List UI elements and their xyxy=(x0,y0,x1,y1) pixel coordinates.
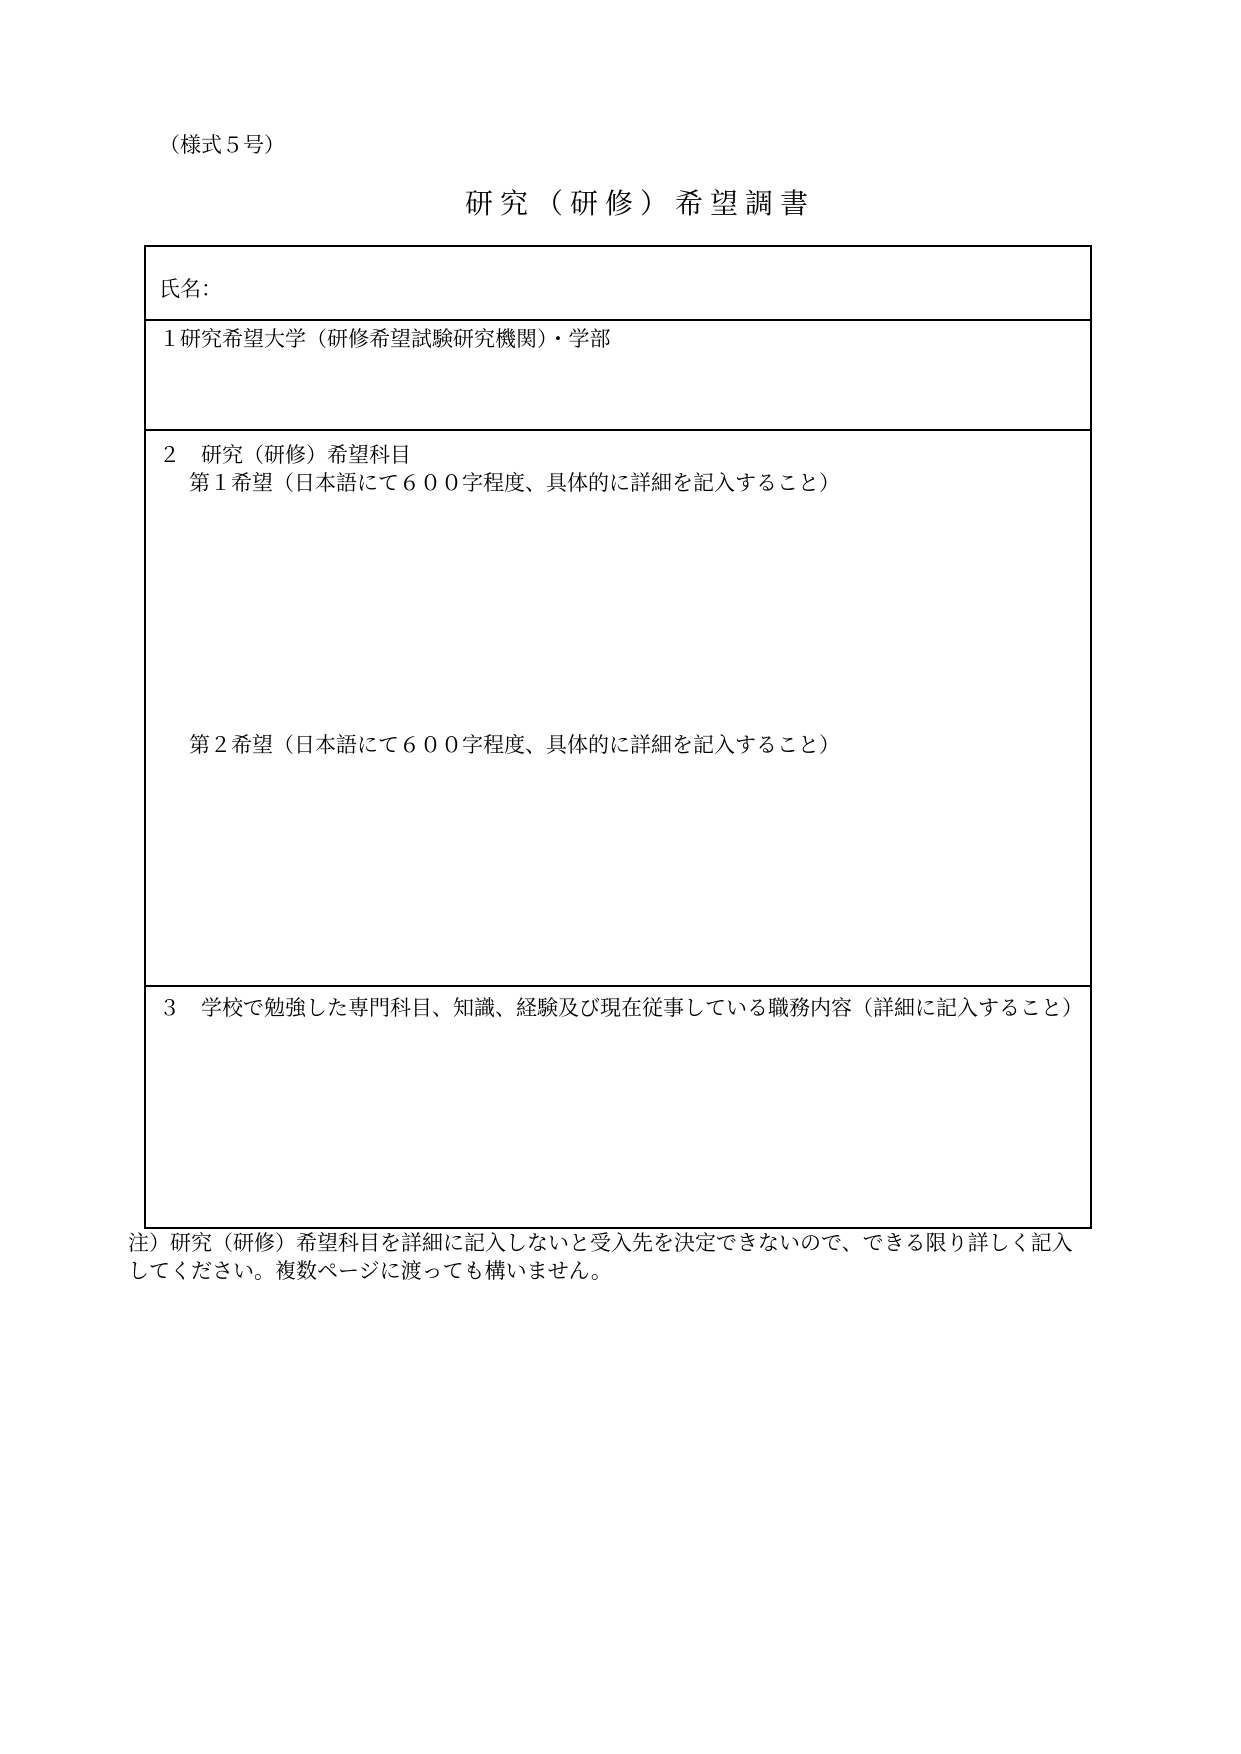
section1-row: １研究希望大学（研修希望試験研究機関）・学部 xyxy=(146,321,1090,431)
page-title: 研究（研修）希望調書 xyxy=(144,186,1136,222)
section2-heading: ２ 研究（研修）希望科目 xyxy=(159,441,1076,469)
form-table: 氏名： １研究希望大学（研修希望試験研究機関）・学部 ２ 研究（研修）希望科目 … xyxy=(144,245,1092,1229)
name-row: 氏名： xyxy=(146,247,1090,321)
footnote: 注）研究（研修）希望科目を詳細に記入しないと受入先を決定できないので、できる限り… xyxy=(128,1229,1073,1285)
form-number-label: （様式５号） xyxy=(159,132,285,159)
footnote-line1: 注）研究（研修）希望科目を詳細に記入しないと受入先を決定できないので、できる限り… xyxy=(128,1229,1073,1257)
first-choice-label: 第１希望（日本語にて６００字程度、具体的に詳細を記入すること） xyxy=(159,469,1076,497)
section3-heading: ３ 学校で勉強した専門科目、知識、経験及び現在従事している職務内容（詳細に記入す… xyxy=(159,995,1076,1022)
name-label: 氏名： xyxy=(159,277,222,301)
document-page: （様式５号） 研究（研修）希望調書 氏名： １研究希望大学（研修希望試験研究機関… xyxy=(0,0,1241,1754)
second-choice-label: 第２希望（日本語にて６００字程度、具体的に詳細を記入すること） xyxy=(189,731,840,759)
section3-row: ３ 学校で勉強した専門科目、知識、経験及び現在従事している職務内容（詳細に記入す… xyxy=(146,987,1090,1227)
section1-heading: １研究希望大学（研修希望試験研究機関）・学部 xyxy=(159,326,1076,353)
section2-row: ２ 研究（研修）希望科目 第１希望（日本語にて６００字程度、具体的に詳細を記入す… xyxy=(146,431,1090,987)
footnote-line2: してください。複数ページに渡っても構いません。 xyxy=(128,1257,1073,1285)
